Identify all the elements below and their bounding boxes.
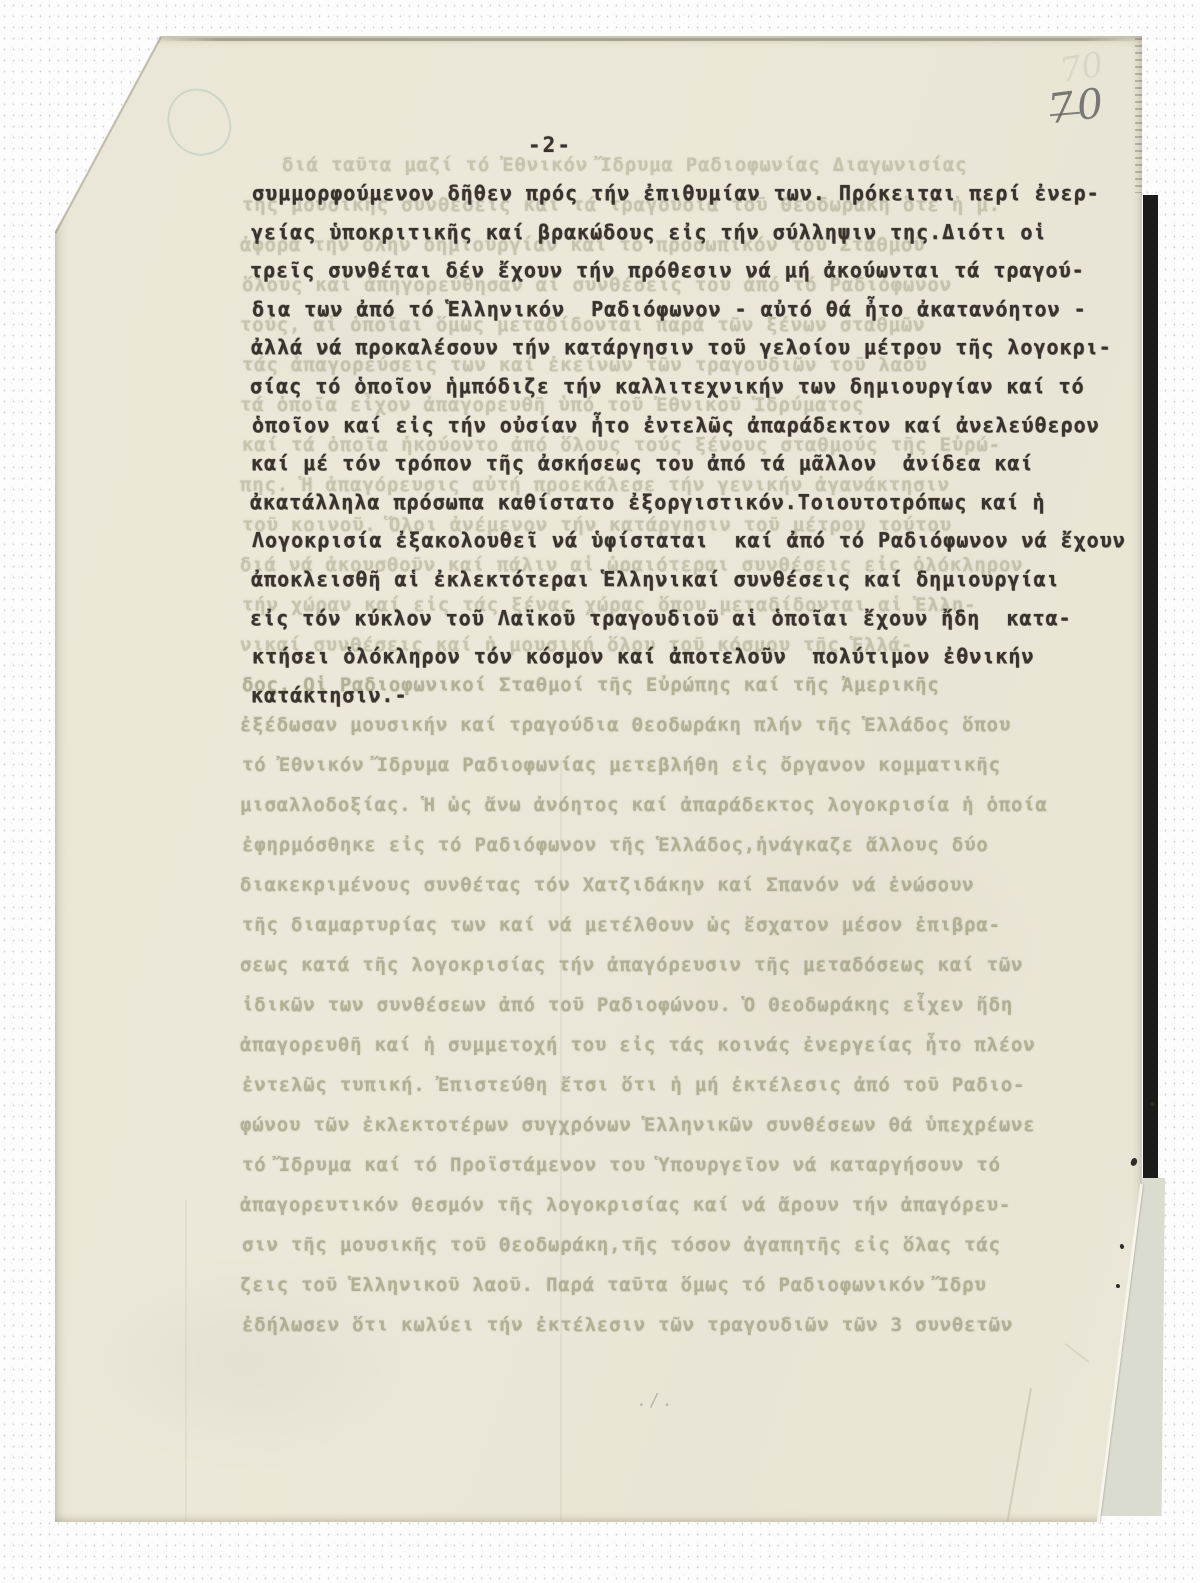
scanner-backing-band — [1143, 195, 1158, 1190]
typed-line: ἀκατάλληλα πρόσωπα καθίστατο ἐξοργιστικό… — [250, 492, 1046, 512]
bleedthrough-line: ἀπαγορευτικόν θεσμόν τῆς λογοκρισίας καί… — [240, 1196, 1011, 1215]
continuation-mark: ./. — [636, 1390, 675, 1411]
scanned-document: 70 70 -2- συμμορφούμενον δῆθεν πρός τήν … — [0, 0, 1200, 1583]
typed-line: ἀλλά νά προκαλέσουν τήν κατάργησιν τοῦ γ… — [251, 337, 1112, 357]
scan-streak — [185, 1200, 187, 1520]
typed-line: ὁποῖον καί εἰς τήν οὐσίαν ἦτο ἐντελῶς ἀπ… — [252, 415, 1100, 435]
bleedthrough-line: διακεκριμένους συνθέτας τόν Χατζιδάκην κ… — [240, 876, 974, 895]
typed-line: εἰς τόν κύκλον τοῦ Λαϊκοῦ τραγουδιοῦ αἱ … — [250, 608, 1072, 628]
paper-top-edge — [160, 38, 1142, 41]
bleedthrough-line: ζεις τοῦ Ἑλληνικοῦ λαοῦ. Παρά ταῦτα ὅμως… — [240, 1276, 987, 1295]
ink-speck — [1116, 1284, 1120, 1288]
typed-line: κατάκτησιν.- — [251, 685, 408, 705]
typed-line: κτήσει ὁλόκληρον τόν κόσμον καί ἀποτελοῦ… — [252, 646, 1034, 666]
bleedthrough-line: τό Ἴδρυμα καί τό Προϊστάμενον του Ὑπουργ… — [242, 1156, 1001, 1175]
ink-speck — [1150, 1102, 1155, 1106]
typed-line: συμμορφούμενον δῆθεν πρός τήν ἐπιθυμίαν … — [252, 183, 1100, 203]
bleedthrough-line: ἐξέδωσαν μουσικήν καί τραγούδια Θεοδωράκ… — [240, 716, 1011, 735]
typed-line: καί μέ τόν τρόπον τῆς ἀσκήσεως του ἀπό τ… — [251, 453, 1033, 473]
bleedthrough-line: διά ταῦτα μαζί τό Ἐθνικόν Ἴδρυμα Ραδιοφω… — [282, 156, 967, 175]
typed-line: τρεῖς συνθέται δέν ἔχουν τήν πρόθεσιν νά… — [250, 260, 1085, 280]
bleedthrough-line: μισαλλοδοξίας. Ἡ ὡς ἄνω ἀνόητος καί ἀπαρ… — [240, 796, 1048, 815]
bleedthrough-line: τό Ἐθνικόν Ἴδρυμα Ραδιοφωνίας μετεβλήθη … — [242, 756, 1001, 775]
page-number: -2- — [500, 133, 600, 157]
bleedthrough-line: ἐφηρμόσθηκε εἰς τό Ραδιόφωνον τῆς Ἑλλάδο… — [242, 836, 989, 855]
typed-line: σίας τό ὁποῖον ἡμπόδιζε τήν καλλιτεχνική… — [250, 376, 1085, 396]
bleedthrough-line: σεως κατά τῆς λογοκρισίας τήν ἀπαγόρευσι… — [240, 956, 1023, 975]
bleedthrough-line: ἀπαγορευθῆ καί ἡ συμμετοχή του εἰς τάς κ… — [240, 1036, 1036, 1055]
handwritten-archive-number: 70 — [1045, 79, 1109, 134]
bleedthrough-line: σιν τῆς μουσικῆς τοῦ Θεοδωράκη,τῆς τόσον… — [242, 1236, 1001, 1255]
bleedthrough-line: ἐδήλωσεν ὅτι κωλύει τήν ἐκτέλεσιν τῶν τρ… — [242, 1316, 1013, 1335]
bleedthrough-line: φώνου τῶν ἐκλεκτοτέρων συγχρόνων Ἑλληνικ… — [240, 1116, 1036, 1135]
typed-line: ἀποκλεισθῆ αἱ ἐκλεκτότεραι Ἑλληνικαί συν… — [251, 569, 1060, 589]
typed-line: γείας ὑποκριτικῆς καί βρακώδους εἰς τήν … — [251, 222, 1047, 242]
bleedthrough-line: ἐντελῶς τυπική. Ἐπιστεύθη ἔτσι ὅτι ἡ μή … — [242, 1076, 1025, 1095]
bleedthrough-line: ἰδικῶν των συνθέσεων ἀπό τοῦ Ραδιοφώνου.… — [242, 996, 1013, 1015]
typed-line: δια των ἀπό τό Ἑλληνικόν Ραδιόφωνον - αὐ… — [252, 299, 1087, 319]
typed-line: Λογοκρισία ἐξακολουθεῖ νά ὑφίσταται καί … — [252, 530, 1126, 550]
bleedthrough-line: τῆς διαμαρτυρίας των καί νά μετέλθουν ὡς… — [242, 916, 1001, 935]
rough-right-edge — [1135, 38, 1142, 193]
